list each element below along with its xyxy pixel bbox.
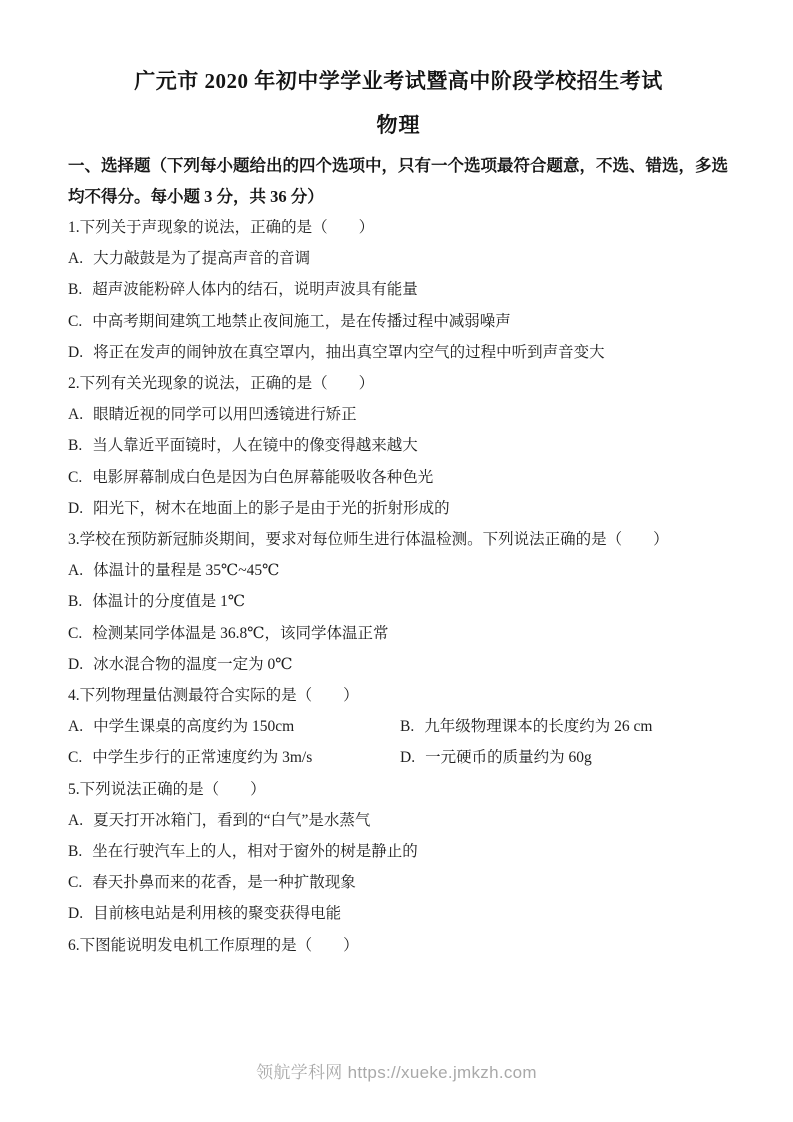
option-a: A.大力敲鼓是为了提高声音的音调 xyxy=(68,243,729,274)
option-text: 夏天打开冰箱门，看到的“白气”是水蒸气 xyxy=(93,812,370,829)
option-text: 春天扑鼻而来的花香，是一种扩散现象 xyxy=(92,874,356,891)
question-stem-text: 学校在预防新冠肺炎期间，要求对每位师生进行体温检测。下列说法正确的是（ ） xyxy=(80,531,669,548)
option-c: C.检测某同学体温是 36.8℃，该同学体温正常 xyxy=(68,618,729,649)
question-stem-text: 下列关于声现象的说法，正确的是（ ） xyxy=(80,219,375,236)
option-label: C. xyxy=(68,306,82,337)
option-text: 一元硬币的质量约为 60g xyxy=(425,749,592,766)
question-block-4: 4.下列物理量估测最符合实际的是（ ） A.中学生课桌的高度约为 150cmB.… xyxy=(68,680,729,774)
option-text: 中高考期间建筑工地禁止夜间施工，是在传播过程中减弱噪声 xyxy=(92,313,511,330)
option-text: 阳光下，树木在地面上的影子是由于光的折射形成的 xyxy=(93,500,450,517)
option-label: B. xyxy=(68,430,82,461)
question-block-5: 5.下列说法正确的是（ ） A.夏天打开冰箱门，看到的“白气”是水蒸气B.坐在行… xyxy=(68,774,729,930)
question-block-2: 2.下列有关光现象的说法，正确的是（ ） A.眼睛近视的同学可以用凹透镜进行矫正… xyxy=(68,368,729,524)
question-number: 5. xyxy=(68,774,80,805)
option-label: D. xyxy=(68,649,83,680)
section-header-line: 均不得分。每小题 3 分，共 36 分） xyxy=(68,181,729,212)
option-b: B.体温计的分度值是 1℃ xyxy=(68,586,729,617)
exam-paper-page: 广元市 2020 年初中学学业考试暨高中阶段学校招生考试 物理 一、选择题（下列… xyxy=(0,0,793,1122)
option-label: D. xyxy=(400,742,415,773)
question-stem: 1.下列关于声现象的说法，正确的是（ ） xyxy=(68,212,729,243)
option-label: D. xyxy=(68,337,83,368)
question-number: 4. xyxy=(68,680,80,711)
question-block-3: 3.学校在预防新冠肺炎期间，要求对每位师生进行体温检测。下列说法正确的是（ ） … xyxy=(68,524,729,680)
question-number: 6. xyxy=(68,930,80,961)
option-d: D.一元硬币的质量约为 60g xyxy=(400,742,729,773)
option-text: 体温计的量程是 35℃~45℃ xyxy=(93,562,279,579)
option-text: 电影屏幕制成白色是因为白色屏幕能吸收各种色光 xyxy=(92,469,433,486)
question-stem: 3.学校在预防新冠肺炎期间，要求对每位师生进行体温检测。下列说法正确的是（ ） xyxy=(68,524,729,555)
section-header: 一、选择题（下列每小题给出的四个选项中，只有一个选项最符合题意，不选、错选，多选… xyxy=(68,150,729,212)
option-c: C.电影屏幕制成白色是因为白色屏幕能吸收各种色光 xyxy=(68,462,729,493)
question-stem-text: 下列有关光现象的说法，正确的是（ ） xyxy=(80,375,375,392)
question-number: 2. xyxy=(68,368,80,399)
option-label: B. xyxy=(68,586,82,617)
option-label: A. xyxy=(68,711,83,742)
question-options: A.体温计的量程是 35℃~45℃B.体温计的分度值是 1℃C.检测某同学体温是… xyxy=(68,555,729,680)
option-d: D.冰水混合物的温度一定为 0℃ xyxy=(68,649,729,680)
option-text: 大力敲鼓是为了提高声音的音调 xyxy=(93,250,310,267)
question-stem-text: 下图能说明发电机工作原理的是（ ） xyxy=(80,937,359,954)
question-stem: 2.下列有关光现象的说法，正确的是（ ） xyxy=(68,368,729,399)
question-stem: 5.下列说法正确的是（ ） xyxy=(68,774,729,805)
option-d: D.阳光下，树木在地面上的影子是由于光的折射形成的 xyxy=(68,493,729,524)
option-label: A. xyxy=(68,555,83,586)
option-b: B.当人靠近平面镜时，人在镜中的像变得越来越大 xyxy=(68,430,729,461)
question-stem-text: 下列说法正确的是（ ） xyxy=(80,781,266,798)
option-text: 将正在发声的闹钟放在真空罩内，抽出真空罩内空气的过程中听到声音变大 xyxy=(93,344,605,361)
questions-list: 1.下列关于声现象的说法，正确的是（ ） A.大力敲鼓是为了提高声音的音调B.超… xyxy=(68,212,729,961)
option-text: 检测某同学体温是 36.8℃，该同学体温正常 xyxy=(92,625,388,642)
question-number: 3. xyxy=(68,524,80,555)
option-label: C. xyxy=(68,618,82,649)
option-text: 目前核电站是利用核的聚变获得电能 xyxy=(93,905,341,922)
option-label: B. xyxy=(68,836,82,867)
question-options: A.大力敲鼓是为了提高声音的音调B.超声波能粉碎人体内的结石，说明声波具有能量C… xyxy=(68,243,729,368)
question-block-1: 1.下列关于声现象的说法，正确的是（ ） A.大力敲鼓是为了提高声音的音调B.超… xyxy=(68,212,729,368)
option-label: C. xyxy=(68,867,82,898)
option-label: B. xyxy=(400,711,414,742)
option-b: B.九年级物理课本的长度约为 26 cm xyxy=(400,711,729,742)
watermark-footer: 领航学科网 https://xueke.jmkzh.com xyxy=(0,1060,793,1086)
option-label: A. xyxy=(68,399,83,430)
option-text: 坐在行驶汽车上的人，相对于窗外的树是静止的 xyxy=(92,843,418,860)
option-label: D. xyxy=(68,898,83,929)
option-d: D.目前核电站是利用核的聚变获得电能 xyxy=(68,898,729,929)
option-text: 中学生步行的正常速度约为 3m/s xyxy=(92,749,312,766)
question-block-6: 6.下图能说明发电机工作原理的是（ ） xyxy=(68,930,729,961)
option-text: 冰水混合物的温度一定为 0℃ xyxy=(93,656,292,673)
exam-title: 广元市 2020 年初中学学业考试暨高中阶段学校招生考试 xyxy=(68,68,729,94)
question-stem-text: 下列物理量估测最符合实际的是（ ） xyxy=(80,687,359,704)
option-label: B. xyxy=(68,274,82,305)
option-label: C. xyxy=(68,742,82,773)
option-text: 超声波能粉碎人体内的结石，说明声波具有能量 xyxy=(92,281,418,298)
option-text: 体温计的分度值是 1℃ xyxy=(92,593,245,610)
option-label: D. xyxy=(68,493,83,524)
option-text: 眼睛近视的同学可以用凹透镜进行矫正 xyxy=(93,406,357,423)
option-c: C.中学生步行的正常速度约为 3m/s xyxy=(68,742,400,773)
section-header-line: 一、选择题（下列每小题给出的四个选项中，只有一个选项最符合题意，不选、错选，多选 xyxy=(68,150,729,181)
option-c: C.春天扑鼻而来的花香，是一种扩散现象 xyxy=(68,867,729,898)
option-label: A. xyxy=(68,805,83,836)
question-number: 1. xyxy=(68,212,80,243)
question-options: A.夏天打开冰箱门，看到的“白气”是水蒸气B.坐在行驶汽车上的人，相对于窗外的树… xyxy=(68,805,729,930)
question-options: A.中学生课桌的高度约为 150cmB.九年级物理课本的长度约为 26 cmC.… xyxy=(68,711,729,773)
option-a: A.中学生课桌的高度约为 150cm xyxy=(68,711,400,742)
option-text: 当人靠近平面镜时，人在镜中的像变得越来越大 xyxy=(92,437,418,454)
question-stem: 4.下列物理量估测最符合实际的是（ ） xyxy=(68,680,729,711)
option-b: B.超声波能粉碎人体内的结石，说明声波具有能量 xyxy=(68,274,729,305)
option-label: A. xyxy=(68,243,83,274)
option-text: 中学生课桌的高度约为 150cm xyxy=(93,718,294,735)
option-text: 九年级物理课本的长度约为 26 cm xyxy=(424,718,652,735)
exam-subject: 物理 xyxy=(68,112,729,138)
question-stem: 6.下图能说明发电机工作原理的是（ ） xyxy=(68,930,729,961)
option-c: C.中高考期间建筑工地禁止夜间施工，是在传播过程中减弱噪声 xyxy=(68,306,729,337)
option-a: A.夏天打开冰箱门，看到的“白气”是水蒸气 xyxy=(68,805,729,836)
option-label: C. xyxy=(68,462,82,493)
question-options: A.眼睛近视的同学可以用凹透镜进行矫正B.当人靠近平面镜时，人在镜中的像变得越来… xyxy=(68,399,729,524)
option-d: D.将正在发声的闹钟放在真空罩内，抽出真空罩内空气的过程中听到声音变大 xyxy=(68,337,729,368)
option-a: A.体温计的量程是 35℃~45℃ xyxy=(68,555,729,586)
option-b: B.坐在行驶汽车上的人，相对于窗外的树是静止的 xyxy=(68,836,729,867)
option-a: A.眼睛近视的同学可以用凹透镜进行矫正 xyxy=(68,399,729,430)
